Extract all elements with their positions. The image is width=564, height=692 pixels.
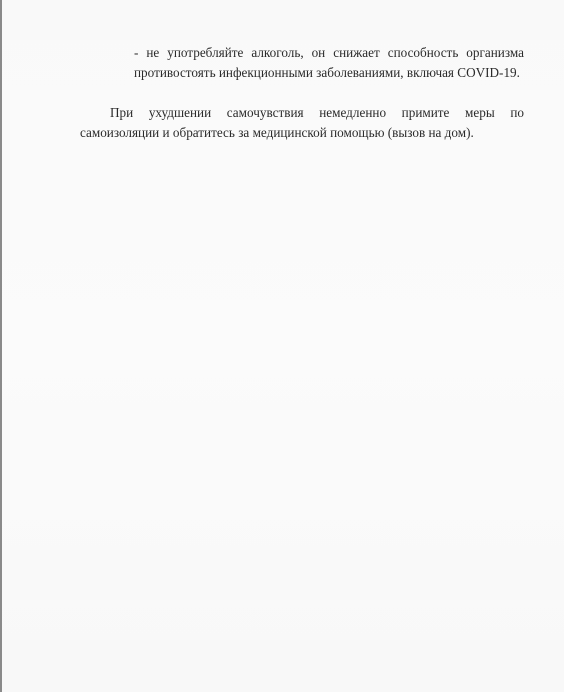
text-line: При ухудшении самочувствия немедленно пр… [80,103,524,123]
paragraph-self-isolation-advice: При ухудшении самочувствия немедленно пр… [80,103,524,143]
paragraph-alcohol-advice: - не употребляйте алкоголь, он снижает с… [134,43,524,83]
document-page: - не употребляйте алкоголь, он снижает с… [0,0,564,692]
text-line: самоизоляции и обратитесь за медицинской… [80,123,524,143]
text-line: - не употребляйте алкоголь, он снижает с… [134,43,524,63]
text-line: противостоять инфекционными заболеваниям… [134,63,524,83]
